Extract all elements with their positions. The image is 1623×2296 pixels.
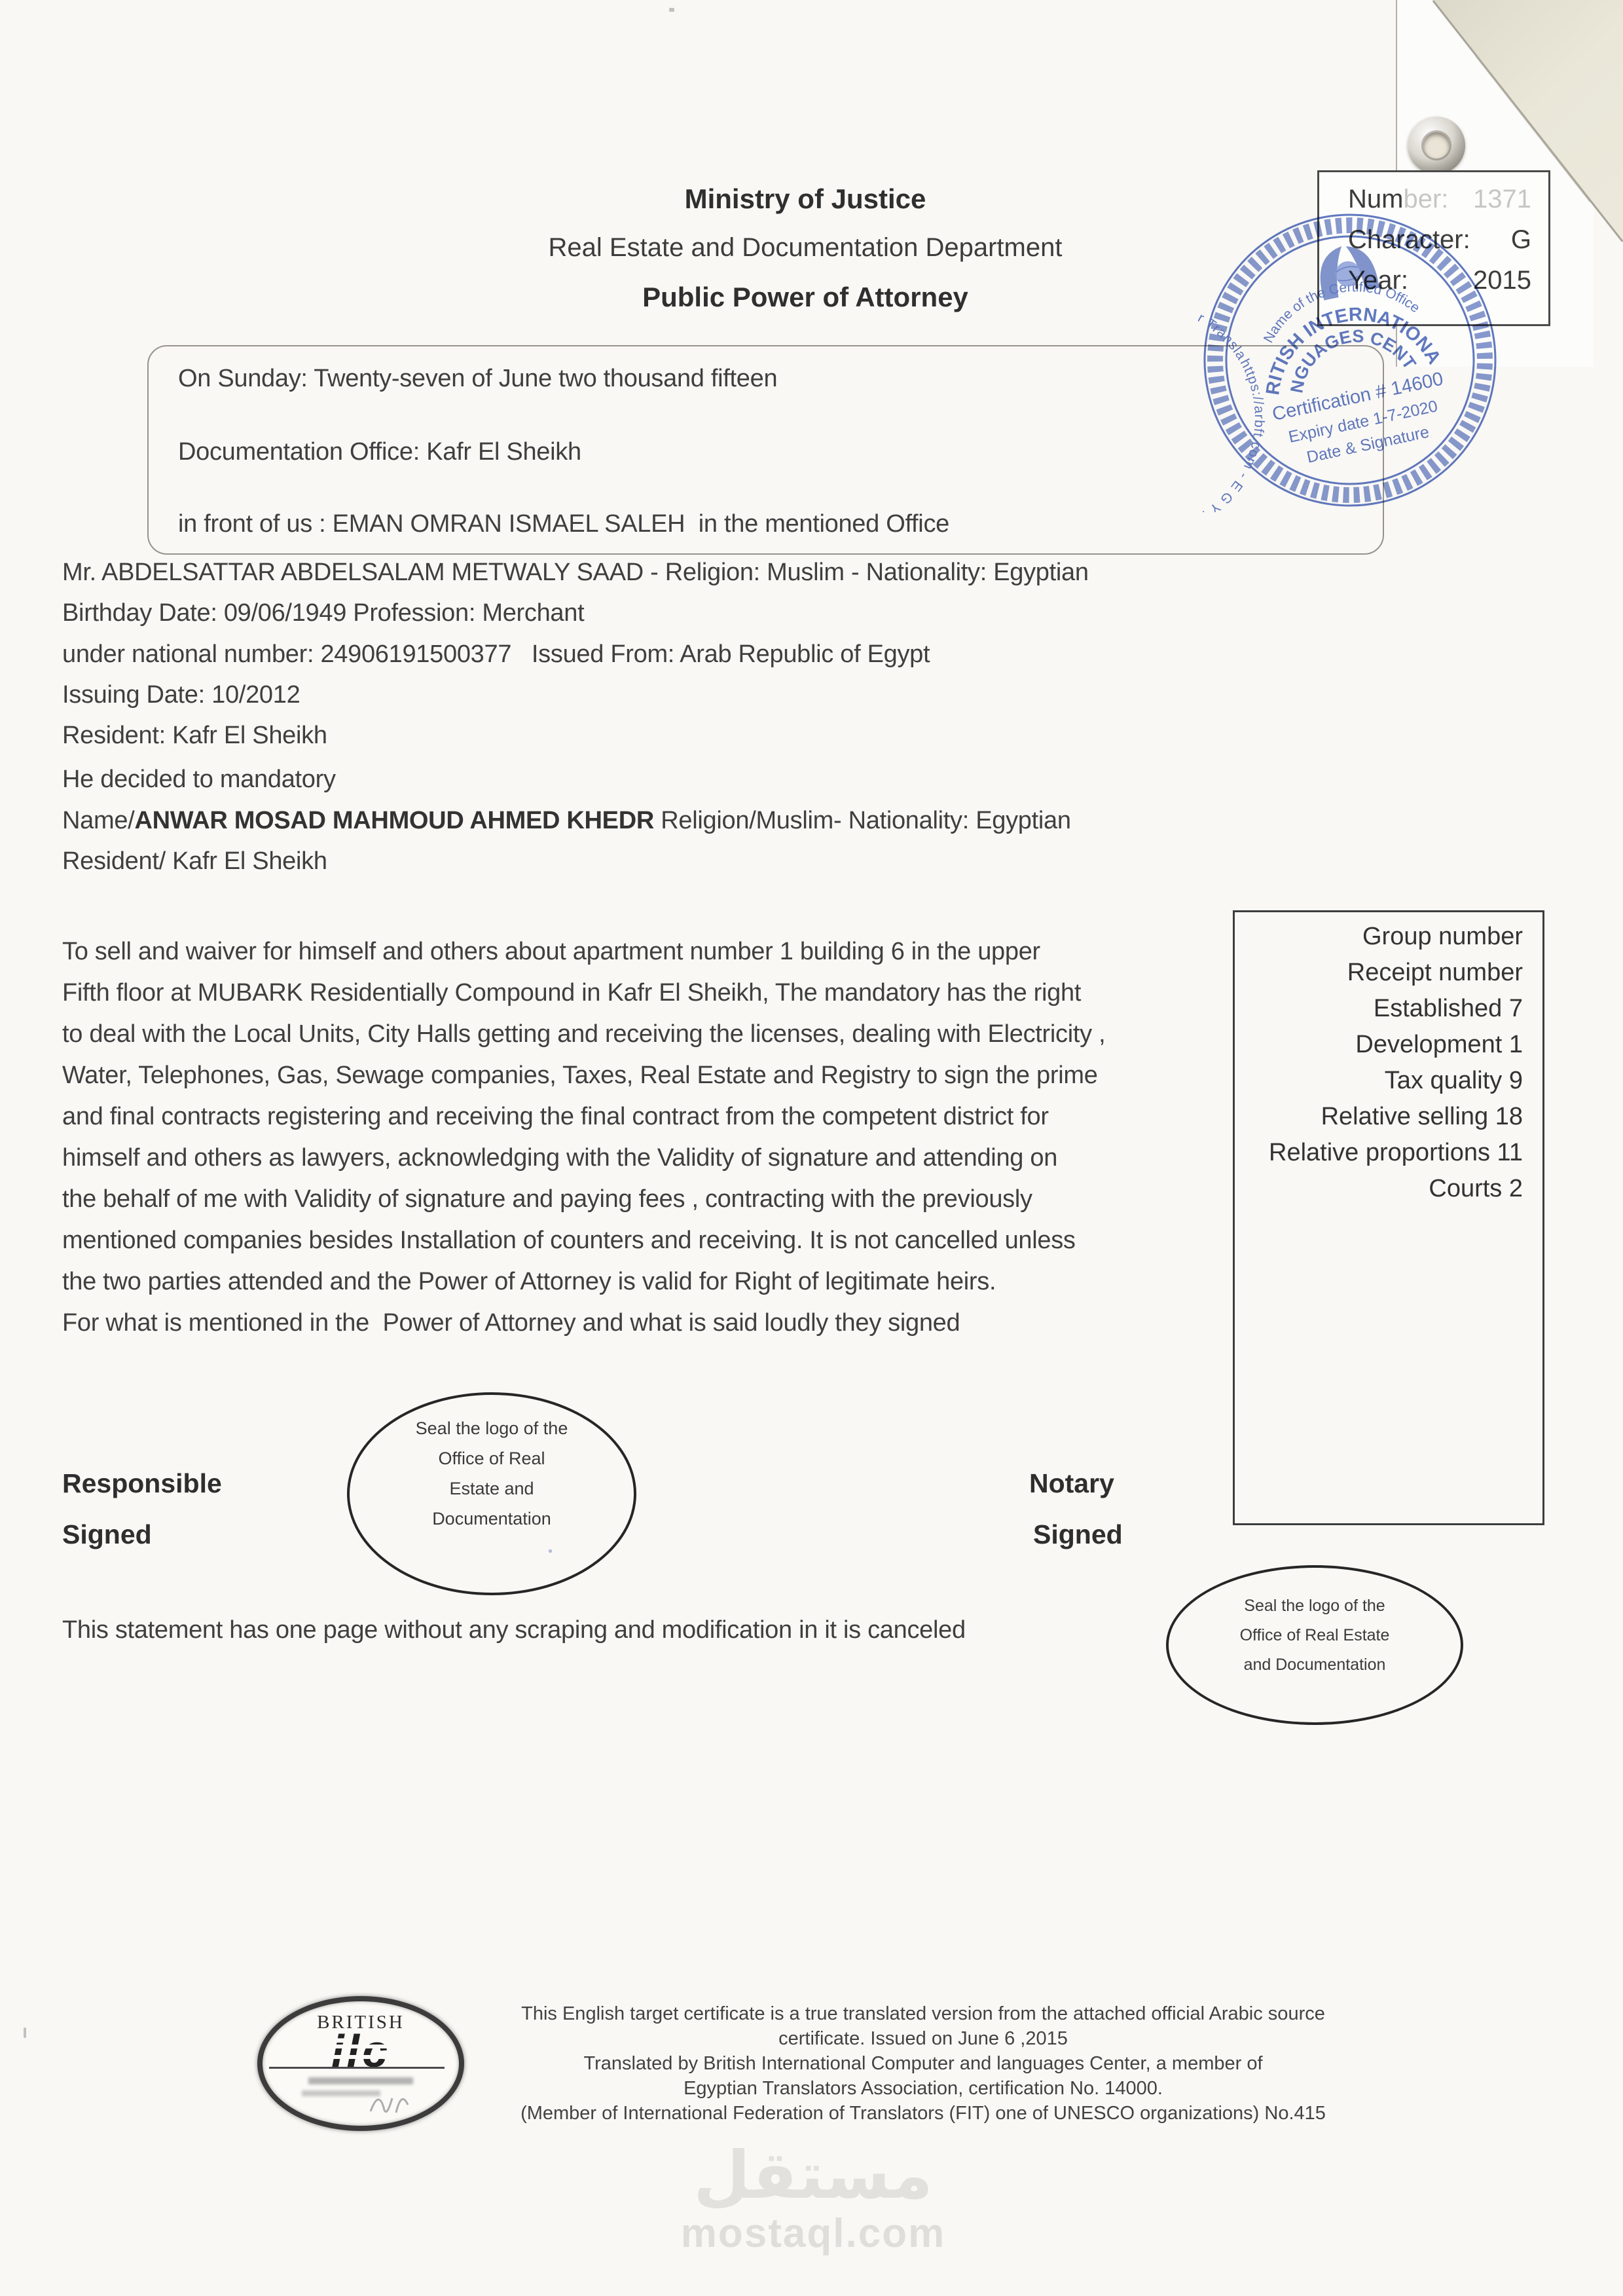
translator-certification-stamp: https://arbft.com - E G Y P T - https://… <box>1198 208 1502 512</box>
registry-item: Established 7 <box>1235 991 1542 1027</box>
footer-line: This English target certificate is a tru… <box>468 2001 1378 2026</box>
body-line: For what is mentioned in the Power of At… <box>62 1303 1221 1344</box>
metal-grommet <box>1408 117 1465 174</box>
logo-small-text-blur <box>308 2077 413 2084</box>
scanned-document-page: Number: 1371 Character: G Year: 2015 Min… <box>0 0 1623 2296</box>
scan-speck <box>549 1549 552 1553</box>
logo-underline <box>269 2067 445 2069</box>
british-ilc-logo: BRITISH ilc <box>257 1996 464 2131</box>
body-line: the behalf of me with Validity of signat… <box>62 1179 1221 1220</box>
grommet-hole <box>1423 132 1450 158</box>
seal-text: Estate and <box>350 1473 634 1504</box>
notary-signed-label: Signed <box>1033 1509 1123 1560</box>
party-national-number: under national number: 24906191500377 Is… <box>62 640 930 669</box>
seal-text: Documentation <box>350 1504 634 1534</box>
watermark-latin: mostaql.com <box>617 2213 1010 2254</box>
intro-date-line: On Sunday: Twenty-seven of June two thou… <box>178 365 777 393</box>
tag-character-value: G <box>1511 222 1531 257</box>
responsible-label: Responsible <box>62 1458 222 1509</box>
party-resident: Resident: Kafr El Sheikh <box>62 722 327 750</box>
intro-office-line: Documentation Office: Kafr El Sheikh <box>178 438 581 466</box>
party-issuing-date: Issuing Date: 10/2012 <box>62 681 300 709</box>
notary-label: Notary <box>1029 1458 1123 1509</box>
body-line: mentioned companies besides Installation… <box>62 1220 1221 1261</box>
mostaql-watermark: مستقل mostaql.com <box>617 2143 1010 2254</box>
responsible-signature-label: Responsible Signed <box>62 1458 222 1560</box>
mandatory-name-line: Name/ANWAR MOSAD MAHMOUD AHMED KHEDR Rel… <box>62 807 1071 835</box>
translation-certification-note: This English target certificate is a tru… <box>468 2001 1378 2126</box>
body-line: himself and others as lawyers, acknowled… <box>62 1138 1221 1179</box>
registry-numbers-box: Group number Receipt number Established … <box>1233 910 1544 1525</box>
party-decision-line: He decided to mandatory <box>62 766 336 794</box>
footer-line: (Member of International Federation of T… <box>468 2101 1378 2126</box>
scan-speck <box>24 2028 26 2038</box>
office-seal-placeholder-right: Seal the logo of the Office of Real Esta… <box>1166 1565 1463 1725</box>
footer-line: certificate. Issued on June 6 ,2015 <box>468 2026 1378 2051</box>
mandatory-name: ANWAR MOSAD MAHMOUD AHMED KHEDR <box>134 807 654 834</box>
footer-line: Translated by British International Comp… <box>468 2051 1378 2076</box>
body-line: to deal with the Local Units, City Halls… <box>62 1014 1221 1055</box>
body-line: To sell and waiver for himself and other… <box>62 931 1221 972</box>
party-details: Mr. ABDELSATTAR ABDELSALAM METWALY SAAD … <box>62 559 1241 893</box>
power-of-attorney-body: To sell and waiver for himself and other… <box>62 931 1221 1344</box>
office-seal-placeholder-left: Seal the logo of the Office of Real Esta… <box>347 1392 636 1595</box>
party-name-line: Mr. ABDELSATTAR ABDELSALAM METWALY SAAD … <box>62 559 1089 587</box>
seal-text: Seal the logo of the <box>350 1413 634 1443</box>
watermark-arabic: مستقل <box>617 2143 1010 2208</box>
logo-stripe <box>314 2045 412 2048</box>
body-line: Fifth floor at MUBARK Residentially Comp… <box>62 972 1221 1014</box>
registry-item: Courts 2 <box>1235 1171 1542 1207</box>
registry-item: Tax quality 9 <box>1235 1063 1542 1099</box>
responsible-signed-label: Signed <box>62 1509 222 1560</box>
logo-stripe <box>314 2055 412 2059</box>
registry-item: Relative selling 18 <box>1235 1099 1542 1135</box>
registry-item: Development 1 <box>1235 1027 1542 1063</box>
logo-ilc-text: ilc <box>263 2025 459 2077</box>
registry-item: Group number <box>1235 919 1542 955</box>
footer-line: Egyptian Translators Association, certif… <box>468 2076 1378 2101</box>
seal-text: and Documentation <box>1169 1650 1461 1680</box>
registry-item: Receipt number <box>1235 955 1542 991</box>
seal-text: Office of Real <box>350 1443 634 1473</box>
scan-speck <box>669 8 674 12</box>
mandatory-resident: Resident/ Kafr El Sheikh <box>62 847 327 876</box>
body-line: the two parties attended and the Power o… <box>62 1261 1221 1303</box>
intro-notary-line: in front of us : EMAN OMRAN ISMAEL SALEH… <box>178 510 949 538</box>
body-line: and final contracts registering and rece… <box>62 1096 1221 1138</box>
seal-text: Seal the logo of the <box>1169 1591 1461 1621</box>
party-birthday-line: Birthday Date: 09/06/1949 Profession: Me… <box>62 599 584 627</box>
registry-item: Relative proportions 11 <box>1235 1135 1542 1171</box>
single-page-statement: This statement has one page without any … <box>62 1616 966 1644</box>
notary-signature-label: Notary Signed <box>1029 1458 1123 1560</box>
seal-text: Office of Real Estate <box>1169 1621 1461 1650</box>
body-line: Water, Telephones, Gas, Sewage companies… <box>62 1055 1221 1096</box>
handwritten-initials <box>367 2085 413 2118</box>
